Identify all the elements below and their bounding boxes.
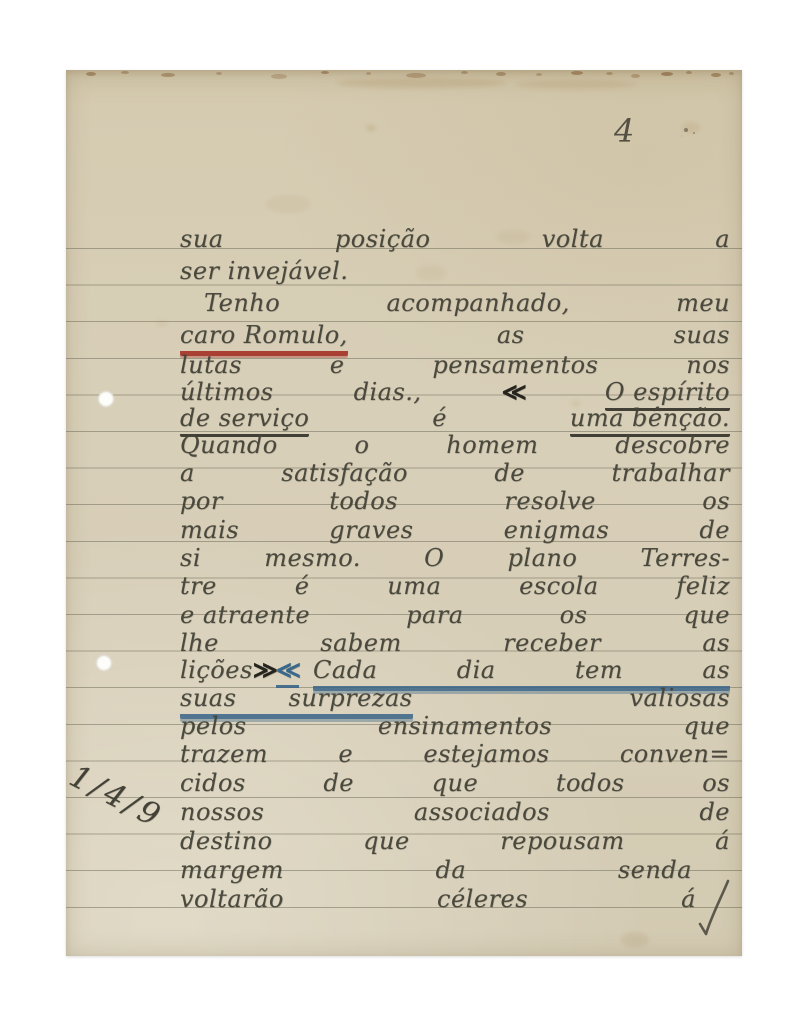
manuscript-segment: ser invejável. [180, 257, 348, 285]
manuscript-segment: repousam [500, 827, 624, 855]
manuscript-segment: últimos [180, 378, 273, 406]
edge-speck [121, 71, 129, 74]
manuscript-segment: O [424, 544, 444, 572]
age-spot [266, 195, 310, 213]
manuscript-segment: nossos [180, 798, 264, 826]
manuscript-segment: lhe [180, 629, 219, 657]
manuscript-line: maisgravesenigmasde [180, 516, 730, 546]
check-slash-mark [692, 878, 732, 942]
manuscript-segment: os [702, 487, 730, 515]
manuscript-segment: da [436, 856, 467, 884]
manuscript-segment: de [699, 516, 730, 544]
manuscript-segment: plano [508, 544, 578, 572]
manuscript-segment: conven= [620, 740, 730, 768]
manuscript-segment: satisfação [281, 459, 408, 487]
manuscript-segment: lições [180, 656, 253, 684]
manuscript-segment: que [363, 827, 410, 855]
manuscript-segment: a [715, 225, 730, 253]
manuscript-segment: trabalhar [611, 459, 730, 487]
manuscript-segment: senda [618, 856, 692, 884]
manuscript-segment: descobre [615, 431, 730, 459]
manuscript-segment: Tenho [204, 289, 280, 317]
edge-speck [366, 72, 371, 75]
insertion-mark-black: ≫ [253, 655, 276, 684]
manuscript-segment: margem [180, 856, 284, 884]
manuscript-segment: tre [180, 572, 217, 600]
manuscript-segment: para [406, 601, 463, 629]
manuscript-segment: é [295, 572, 310, 600]
manuscript-segment: céleres [437, 885, 528, 913]
age-spot [336, 78, 506, 88]
manuscript-segment: e [338, 740, 353, 768]
manuscript-segment: é [432, 404, 447, 432]
manuscript-segment: pensamentos [432, 351, 598, 379]
manuscript-segment: resolve [504, 487, 595, 515]
manuscript-line: trazemeestejamosconven= [180, 740, 730, 770]
manuscript-segment: que [683, 601, 730, 629]
edge-speck [161, 73, 175, 77]
manuscript-line: treéumaescolafeliz [180, 572, 730, 602]
age-spot [496, 230, 530, 244]
manuscript-segment: sua [180, 225, 224, 253]
manuscript-segment: as [702, 629, 730, 657]
manuscript-line: cidosdequetodosos [180, 769, 730, 799]
edge-speck [729, 72, 734, 75]
manuscript-segment: Quando [180, 431, 278, 459]
age-spot [516, 80, 636, 89]
age-spot [621, 932, 649, 947]
manuscript-line: e atraenteparaosque [180, 601, 730, 631]
age-spot [571, 400, 581, 407]
edge-speck [461, 71, 468, 74]
page-number: 4 [614, 112, 634, 150]
manuscript-segment: receber [503, 629, 601, 657]
manuscript-segment: feliz [676, 572, 730, 600]
manuscript-segment: ensinamentos [378, 712, 552, 740]
manuscript-line: destinoquerepousamá [180, 827, 730, 857]
manuscript-line: voltarãocéleresá [180, 885, 696, 915]
manuscript-segment: dias., [354, 378, 422, 406]
manuscript-word: dia [457, 656, 496, 684]
manuscript-segment: si [180, 544, 201, 572]
manuscript-line: suaposiçãovoltaa [180, 225, 730, 255]
manuscript-segment: o [355, 431, 370, 459]
manuscript-segment: estejamos [423, 740, 549, 768]
edge-speck [496, 72, 506, 76]
manuscript-line: Tenhoacompanhado,meu [204, 289, 730, 319]
manuscript-segment: voltarão [180, 885, 284, 913]
manuscript-segment: a [180, 459, 195, 487]
manuscript-segment: trazem [180, 740, 268, 768]
manuscript-segment: homem [446, 431, 538, 459]
manuscript-page: 4 1/4/9 suaposiçãovoltaaser invejável.Te… [66, 70, 742, 956]
manuscript-segment: cidos [180, 769, 246, 797]
edge-speck [571, 71, 583, 75]
manuscript-line: suas surprezasvaliosas [180, 684, 730, 714]
manuscript-segment: que [432, 769, 479, 797]
age-spot [366, 125, 376, 131]
manuscript-segment: destino [180, 827, 273, 855]
edge-speck [711, 73, 721, 77]
manuscript-line: ser invejável. [180, 257, 730, 287]
edge-speck [631, 74, 640, 78]
edge-speck [321, 71, 329, 74]
manuscript-line: nossosassociadosde [180, 798, 730, 828]
manuscript-line: Quandoohomemdescobre [180, 431, 730, 461]
manuscript-segment: mesmo. [264, 544, 361, 572]
age-spot [416, 265, 446, 281]
edge-speck [606, 72, 613, 75]
edge-speck [216, 72, 222, 75]
manuscript-line: lições≫≪Cadadiatemas [180, 655, 730, 685]
manuscript-segment: e atraente [180, 601, 310, 629]
manuscript-segment: posição [335, 225, 431, 253]
margin-note: 1/4/9 [64, 758, 170, 836]
manuscript-line: simesmo.OplanoTerres- [180, 544, 730, 574]
manuscript-segment: escola [519, 572, 598, 600]
manuscript-line: de serviçoéuma bênção. [180, 404, 730, 434]
manuscript-word: Cada [313, 656, 377, 684]
manuscript-segment: pelos [180, 712, 247, 740]
manuscript-segment: meu [676, 289, 730, 317]
edge-speck [536, 73, 542, 76]
manuscript-segment: os [560, 601, 588, 629]
manuscript-line: asatisfaçãodetrabalhar [180, 459, 730, 489]
manuscript-segment: que [683, 712, 730, 740]
manuscript-line: pelosensinamentosque [180, 712, 730, 742]
age-spot [156, 320, 168, 327]
manuscript-segment: os [702, 769, 730, 797]
punch-hole-bottom [96, 655, 112, 671]
manuscript-segment: volta [542, 225, 604, 253]
edge-speck [661, 72, 673, 76]
manuscript-segment: todos [329, 487, 398, 515]
manuscript-segment: acompanhado, [387, 289, 570, 317]
manuscript-word: as [702, 656, 730, 684]
edge-speck [86, 72, 96, 76]
manuscript-segment: associados [414, 798, 550, 826]
manuscript-segment: mais [180, 516, 239, 544]
manuscript-segment: sabem [320, 629, 401, 657]
manuscript-segment: e [330, 351, 345, 379]
manuscript-word: tem [575, 656, 623, 684]
edge-speck [271, 74, 287, 79]
manuscript-segment: de [323, 769, 354, 797]
manuscript-segment: á [715, 827, 730, 855]
manuscript-segment: suas [674, 321, 730, 349]
age-spot [682, 122, 700, 133]
manuscript-segment: uma [387, 572, 441, 600]
manuscript-segment: Terres- [641, 544, 730, 572]
manuscript-line: margemdasenda [180, 856, 692, 886]
manuscript-line: caro Romulo,assuas [180, 321, 730, 351]
manuscript-line: portodosresolveos [180, 487, 730, 517]
insertion-mark-black: ≪ [502, 377, 525, 406]
edge-speck [686, 71, 692, 74]
manuscript-segment: enigmas [504, 516, 610, 544]
manuscript-segment: nos [686, 351, 730, 379]
punch-hole-top [98, 391, 114, 407]
manuscript-segment: as [497, 321, 525, 349]
manuscript-segment: de [699, 798, 730, 826]
manuscript-segment: por [180, 487, 223, 515]
manuscript-line: últimosdias.,≪O espírito [180, 377, 730, 407]
manuscript-segment: valiosas [629, 684, 730, 712]
manuscript-segment: de [494, 459, 525, 487]
manuscript-segment: lutas [180, 351, 242, 379]
manuscript-segment: graves [329, 516, 413, 544]
manuscript-segment: todos [556, 769, 625, 797]
